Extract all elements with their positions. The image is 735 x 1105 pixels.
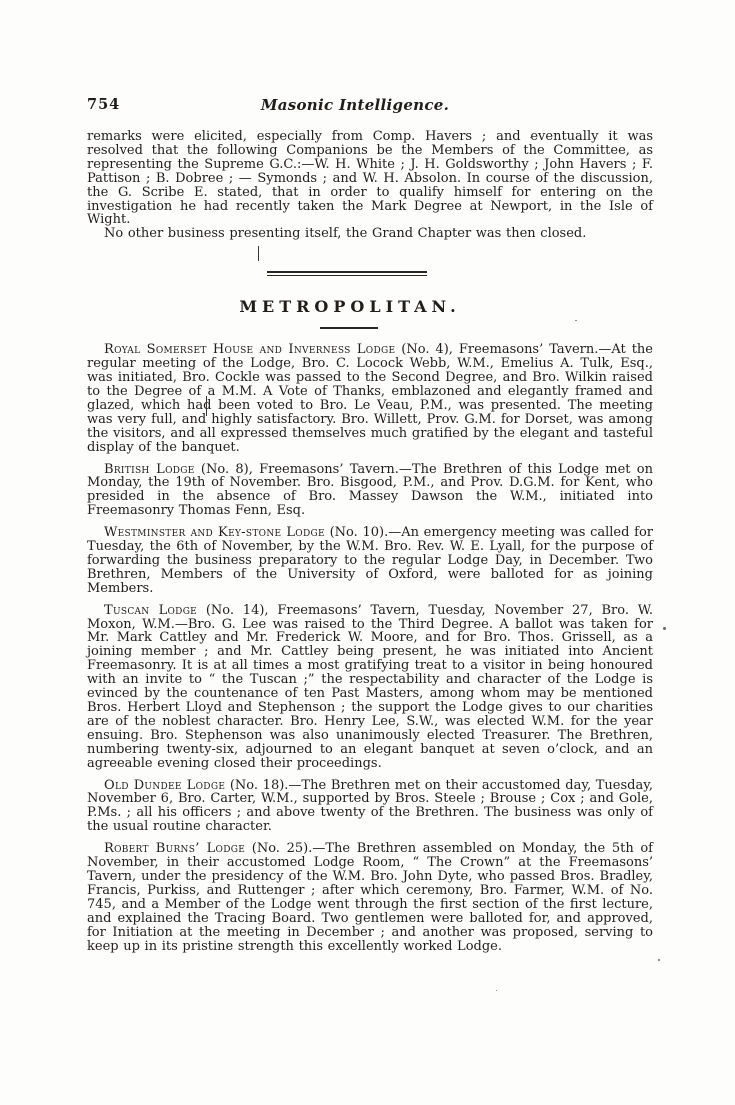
- scan-speck: [663, 627, 666, 630]
- running-title: Masonic Intelligence.: [87, 96, 623, 114]
- lodge-entry-robert-burns: Robert Burns’ Lodge (No. 25).—The Brethr…: [87, 842, 653, 953]
- scan-speck: [575, 320, 577, 321]
- lodge-report-text: (No. 4), Freemasons’ Tavern.—At the regu…: [87, 342, 653, 454]
- lodge-name: Robert Burns’ Lodge: [104, 841, 245, 856]
- scan-speck: [658, 959, 660, 961]
- lodge-name: Royal Somerset House and Inverness Lodge: [104, 342, 395, 357]
- text-block: 754 Masonic Intelligence. remarks were e…: [87, 96, 653, 953]
- lodge-entry-westminster-keystone: Westminster and Key-stone Lodge (No. 10)…: [87, 526, 653, 596]
- scan-ink-artifact: [206, 396, 207, 416]
- lodge-name: British Lodge: [104, 462, 195, 477]
- lodge-name: Tuscan Lodge: [104, 603, 197, 618]
- scan-speck: [496, 990, 497, 991]
- lodge-name: Old Dundee Lodge: [104, 778, 225, 793]
- grand-chapter-closing-paragraph: No other business presenting itself, the…: [87, 227, 653, 241]
- lodge-report-text: (No. 14), Freemasons’ Tavern, Tuesday, N…: [87, 603, 653, 771]
- scan-ink-artifact: [258, 246, 259, 261]
- section-heading-metropolitan: METROPOLITAN.: [87, 297, 613, 316]
- scan-speck: [530, 137, 531, 138]
- lodge-entry-tuscan: Tuscan Lodge (No. 14), Freemasons’ Taver…: [87, 604, 653, 771]
- divider-rule-thick: [267, 271, 427, 273]
- grand-chapter-paragraph: remarks were elicited, especially from C…: [87, 130, 653, 227]
- lodge-name: Westminster and Key-stone Lodge: [104, 525, 325, 540]
- lodge-entry-royal-somerset: Royal Somerset House and Inverness Lodge…: [87, 343, 653, 454]
- divider-rule-thin: [267, 275, 427, 276]
- lodge-entry-british: British Lodge (No. 8), Freemasons’ Taver…: [87, 463, 653, 519]
- lodge-entry-old-dundee: Old Dundee Lodge (No. 18).—The Brethren …: [87, 779, 653, 835]
- lodge-report-text: (No. 25).—The Brethren assembled on Mond…: [87, 841, 653, 953]
- heading-underline-rule: [320, 327, 378, 329]
- scanned-document-page: 754 Masonic Intelligence. remarks were e…: [0, 0, 735, 1105]
- section-divider-rule: [267, 271, 427, 276]
- running-header: 754 Masonic Intelligence.: [87, 96, 653, 116]
